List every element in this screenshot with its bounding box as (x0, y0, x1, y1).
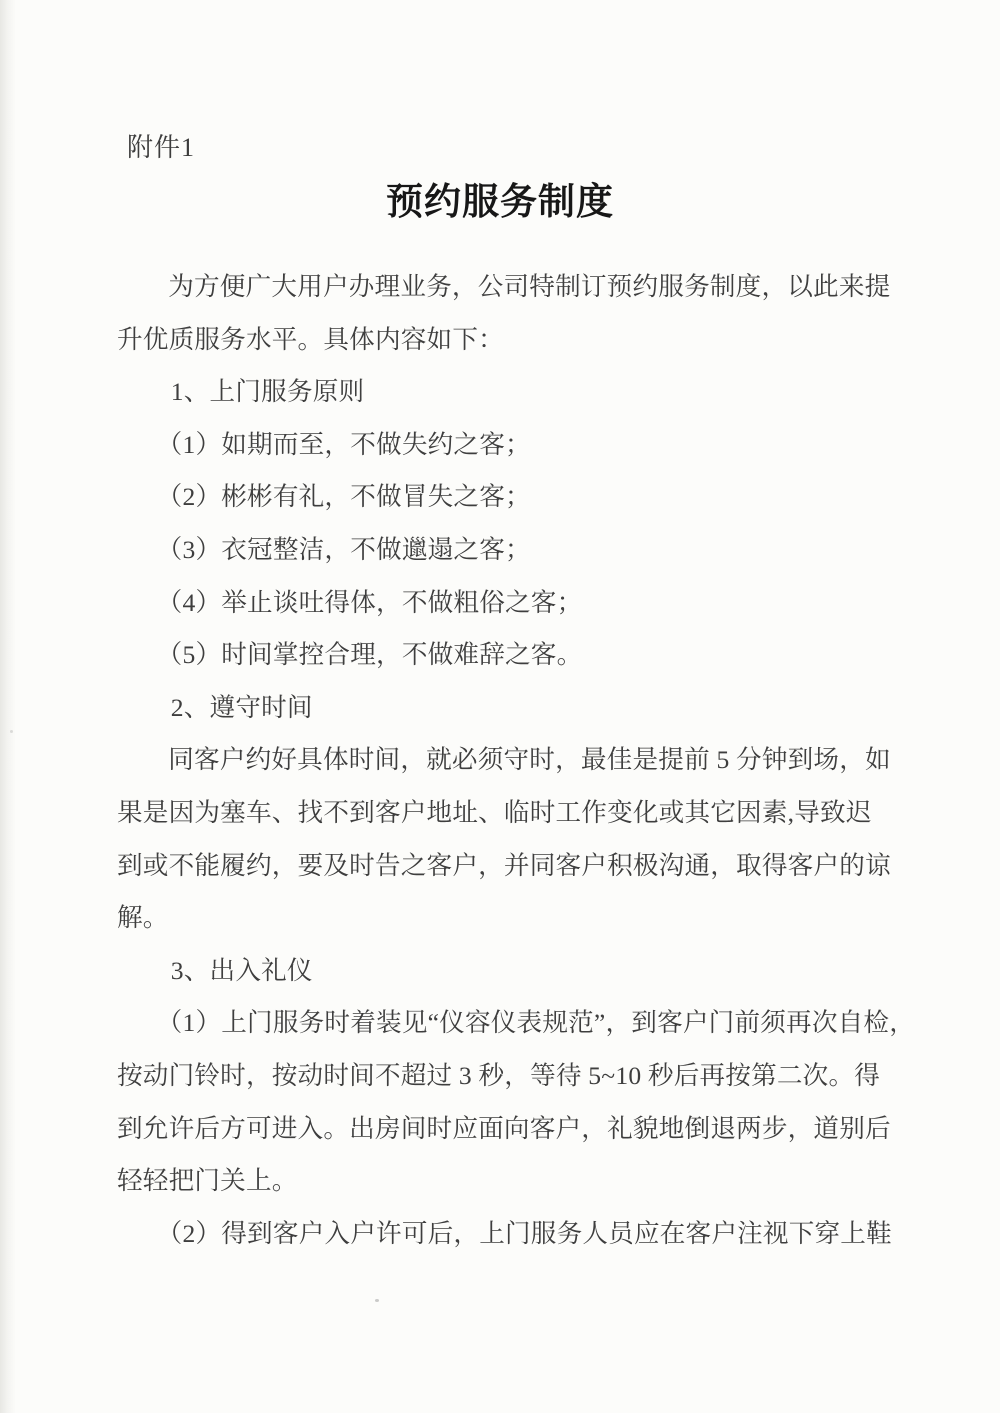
scan-speck (375, 1299, 379, 1302)
list-item: （4）举止谈吐得体，不做粗俗之客； (117, 577, 907, 630)
section-heading: 1、上门服务原则 (117, 366, 907, 419)
list-item: （2）得到客户入户许可后，上门服务人员应在客户注视下穿上鞋 (117, 1208, 907, 1261)
attachment-label: 附件1 (127, 132, 195, 164)
scan-speck (10, 730, 13, 733)
list-item: （1）上门服务时着装见“仪容仪表规范”，到客户门前须再次自检， (117, 997, 907, 1050)
list-item: （5）时间掌控合理，不做难辞之客。 (117, 629, 907, 682)
text-line: 轻轻把门关上。 (117, 1155, 907, 1208)
text-line: 同客户约好具体时间，就必须守时，最佳是提前 5 分钟到场，如 (117, 734, 907, 787)
text-line: 为方便广大用户办理业务，公司特制订预约服务制度，以此来提 (117, 261, 907, 314)
section-heading: 2、遵守时间 (117, 682, 907, 735)
list-item: （2）彬彬有礼，不做冒失之客； (117, 471, 907, 524)
text-line: 果是因为塞车、找不到客户地址、临时工作变化或其它因素,导致迟 (117, 787, 907, 840)
text-line: 按动门铃时，按动时间不超过 3 秒，等待 5~10 秒后再按第二次。得 (117, 1050, 907, 1103)
section-heading: 3、出入礼仪 (117, 945, 907, 998)
text-line: 到允许后方可进入。出房间时应面向客户，礼貌地倒退两步，道别后 (117, 1103, 907, 1156)
document-body: 为方便广大用户办理业务，公司特制订预约服务制度，以此来提 升优质服务水平。具体内… (117, 261, 907, 1260)
list-item: （3）衣冠整洁，不做邋遢之客； (117, 524, 907, 577)
page-title: 预约服务制度 (0, 180, 1000, 226)
text-line: 升优质服务水平。具体内容如下： (117, 314, 907, 367)
text-line: 解。 (117, 892, 907, 945)
text-line: 到或不能履约，要及时告之客户，并同客户积极沟通，取得客户的谅 (117, 840, 907, 893)
list-item: （1）如期而至，不做失约之客； (117, 419, 907, 472)
